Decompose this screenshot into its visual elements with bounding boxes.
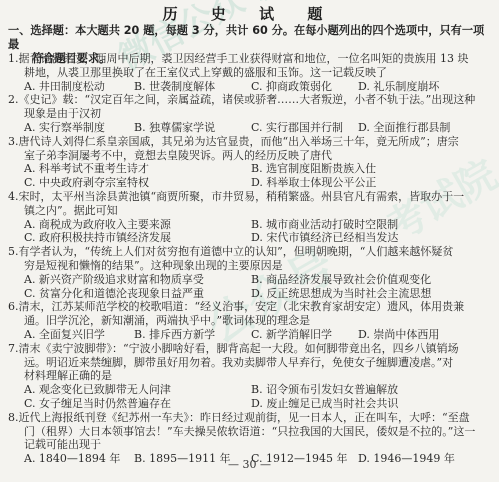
options: C. 中央政府剥夺宗室特权 D. 科举取士体现公平公正 xyxy=(8,176,494,190)
option-c: C. 新学消解旧学 xyxy=(251,328,358,342)
option-d: D. 宋代市镇经济已经相当发达 xyxy=(251,231,398,245)
question-stem: 清末《卖宁波脚带》：“宁波小脚啥好看，脚背高起一大段。如何脚带竟出名，四乡八镇销… xyxy=(19,342,459,355)
option-a: A. 观念变化已致脚带无人问津 xyxy=(24,383,251,397)
question-number: 6. xyxy=(8,300,19,313)
option-b: B. 诏令颁布引发妇女普遍解放 xyxy=(251,383,398,397)
question-number: 8. xyxy=(8,411,19,424)
question-stem: 唐代诗人刘得仁系皇亲国戚，其兄弟为达官显贵，而他“出入举场三十年，竟无所成”；唐… xyxy=(19,135,459,148)
question-stem: 记载可能出现于 xyxy=(8,438,494,452)
options: A. 新兴资产阶级追求财富和物质享受 B. 商品经济发展导致社会价值观变化 xyxy=(8,273,494,287)
question-2: 2.《史记》载：“汉定百年之间，亲属益疏，诸侯或骄奢……大者叛逆，小者不轨于法。… xyxy=(8,93,494,134)
question-stem: 据青铜器铭文，西周中后期，裘卫因经营手工业获得财富和地位，一位名叫矩的贵族用 1… xyxy=(19,52,469,65)
option-c: C. 实行郡国并行制 xyxy=(251,121,358,135)
option-c: C. 政府积极扶持市镇经济发展 xyxy=(24,231,251,245)
question-stem: 室子弟李洞屡考不中，竟想去皇陵哭诉。两人的经历反映了唐代 xyxy=(8,149,494,163)
question-stem: 宋时，太平州当涂县黄池镇“商贾所聚，市井贸易，稍稍繁盛。州县官凡有需索，皆取办于… xyxy=(19,190,465,203)
options: C. 政府积极扶持市镇经济发展 D. 宋代市镇经济已经相当发达 xyxy=(8,231,494,245)
option-d: D. 崇尚中体西用 xyxy=(358,328,439,342)
options: A. 商税成为政府收入主要来源 B. 城市商业活动打破时空限制 xyxy=(8,218,494,232)
option-c: C. 女子缠足当时仍然普遍存在 xyxy=(24,397,251,411)
question-stem: 近代上海报纸刊登《纪苏州一车夫》：昨日经过观前街，见一日本人，正在叫车，大呼：“… xyxy=(19,411,470,424)
options: C. 贫富分化和道德沦丧现象日益严重 D. 反正统思想成为当时社会主流思想 xyxy=(8,287,494,301)
question-stem: 《史记》载：“汉定百年之间，亲属益疏，诸侯或骄奢……大者叛逆，小者不轨于法。”出… xyxy=(19,93,476,106)
question-6: 6.清末，江苏某师范学校的校歌唱道：“经义治事，安定（北宋教育家胡安定）遗风，体… xyxy=(8,300,494,341)
option-b: B. 选官制度阻断贵族入仕 xyxy=(251,162,376,176)
option-b: B. 排斥西方新学 xyxy=(134,328,251,342)
option-a: A. 全面复兴旧学 xyxy=(24,328,134,342)
option-d: D. 全面推行郡县制 xyxy=(358,121,450,135)
option-d: D. 科举取士体现公平公正 xyxy=(251,176,376,190)
question-stem: 材料理解正确的是 xyxy=(8,369,494,383)
question-stem: 现象是由于汉初 xyxy=(8,107,494,121)
page-number: — 30 — xyxy=(0,458,499,471)
question-stem: 镇之内”。据此可知 xyxy=(8,204,494,218)
question-number: 7. xyxy=(8,342,19,355)
page-title: 历 史 试 题 xyxy=(0,3,499,24)
question-7: 7.清末《卖宁波脚带》：“宁波小脚啥好看，脚背高起一大段。如何脚带竟出名，四乡八… xyxy=(8,342,494,411)
question-number: 2. xyxy=(8,93,19,106)
question-list: 1.据青铜器铭文，西周中后期，裘卫因经营手工业获得财富和地位，一位名叫矩的贵族用… xyxy=(8,52,494,466)
question-3: 3.唐代诗人刘得仁系皇亲国戚，其兄弟为达官显贵，而他“出入举场三十年，竟无所成”… xyxy=(8,135,494,190)
option-b: B. 城市商业活动打破时空限制 xyxy=(251,218,398,232)
option-a: A. 科举考试不重考生诗才 xyxy=(24,162,251,176)
question-1: 1.据青铜器铭文，西周中后期，裘卫因经营手工业获得财富和地位，一位名叫矩的贵族用… xyxy=(8,52,494,93)
question-stem: 清末，江苏某师范学校的校歌唱道：“经义治事，安定（北宋教育家胡安定）遗风，体用贵… xyxy=(19,300,465,313)
question-number: 5. xyxy=(8,245,19,258)
question-number: 1. xyxy=(8,52,19,65)
options: A. 科举考试不重考生诗才 B. 选官制度阻断贵族入仕 xyxy=(8,162,494,176)
question-5: 5.有学者认为，“传统上人们对贫穷抱有道德中立的认知”，但明朝晚期，“人们越来越… xyxy=(8,245,494,300)
question-4: 4.宋时，太平州当涂县黄池镇“商贾所聚，市井贸易，稍稍繁盛。州县官凡有需索，皆取… xyxy=(8,190,494,245)
option-b: B. 世袭制度解体 xyxy=(134,80,251,94)
options: A. 观念变化已致脚带无人问津 B. 诏令颁布引发妇女普遍解放 xyxy=(8,383,494,397)
option-a: A. 井田制度松动 xyxy=(24,80,134,94)
options: C. 女子缠足当时仍然普遍存在 D. 废止缠足已成当时社会共识 xyxy=(8,397,494,411)
question-stem: 通。旧学沉沦，新知潮涌，两端执乎中。”歌词体现的理念是 xyxy=(8,314,494,328)
question-number: 3. xyxy=(8,135,19,148)
section-line: 一、选择题：本大题共 20 题，每题 3 分，共计 60 分。在每小题列出的四个… xyxy=(8,24,484,51)
question-number: 4. xyxy=(8,190,19,203)
option-b: B. 商品经济发展导致社会价值观变化 xyxy=(251,273,431,287)
options: A. 井田制度松动 B. 世袭制度解体 C. 抑商政策弱化 D. 礼乐制度崩坏 xyxy=(8,80,494,94)
option-b: B. 独尊儒家学说 xyxy=(134,121,251,135)
question-stem: 有学者认为，“传统上人们对贫穷抱有道德中立的认知”，但明朝晚期，“人们越来越怀疑… xyxy=(19,245,454,258)
question-stem: 远。明诏近来禁缠脚，脚带虽好用勿着。我劝卖脚带人早弃行，免使女子缠脚遭凌虐。”对 xyxy=(8,356,494,370)
option-c: C. 中央政府剥夺宗室特权 xyxy=(24,176,251,190)
question-stem: 穷是短视和懒惰的结果”。这种现象出现的主要原因是 xyxy=(8,259,494,273)
question-stem: 耕地，从裘卫那里换取了在王室仪式上穿戴的盛服和玉饰。这一记载反映了 xyxy=(8,66,494,80)
option-a: A. 实行察举制度 xyxy=(24,121,134,135)
option-d: D. 礼乐制度崩坏 xyxy=(358,80,439,94)
option-d: D. 废止缠足已成当时社会共识 xyxy=(251,397,398,411)
question-stem: 门（租界）大日本领事馆去！”车夫操吴侬软语道：“只拉我国的大国民，倭奴是不拉的。… xyxy=(8,425,494,439)
options: A. 实行察举制度 B. 独尊儒家学说 C. 实行郡国并行制 D. 全面推行郡县… xyxy=(8,121,494,135)
option-c: C. 抑商政策弱化 xyxy=(251,80,358,94)
option-c: C. 贫富分化和道德沦丧现象日益严重 xyxy=(24,287,251,301)
exam-page: 微信公众号 公众号 考试院 历 史 试 题 一、选择题：本大题共 20 题，每题… xyxy=(0,0,499,482)
options: A. 全面复兴旧学 B. 排斥西方新学 C. 新学消解旧学 D. 崇尚中体西用 xyxy=(8,328,494,342)
option-d: D. 反正统思想成为当时社会主流思想 xyxy=(251,287,431,301)
option-a: A. 商税成为政府收入主要来源 xyxy=(24,218,251,232)
option-a: A. 新兴资产阶级追求财富和物质享受 xyxy=(24,273,251,287)
